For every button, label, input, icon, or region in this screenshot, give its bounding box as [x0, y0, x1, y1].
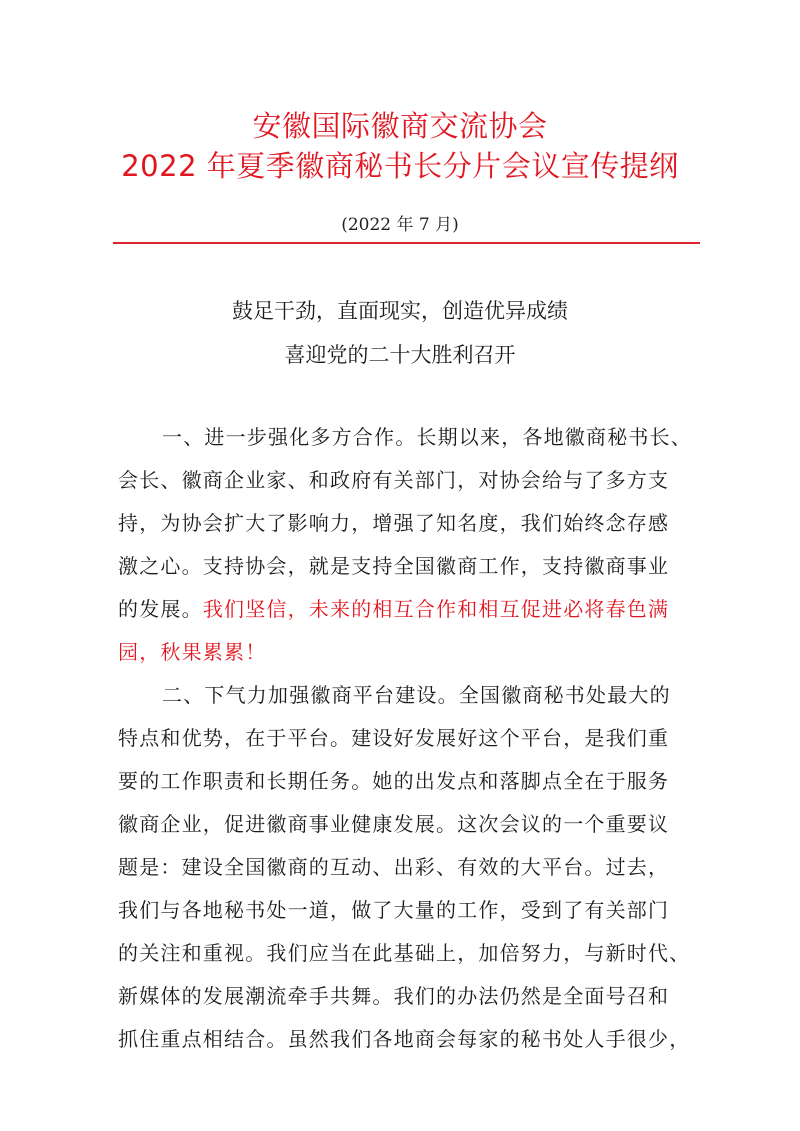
body-text-line: 的发展。我们坚信，未来的相互合作和相互促进必将春色满 [118, 593, 708, 622]
highlighted-text: 园，秋果累累！ [118, 640, 266, 664]
body-text: 会长、徽商企业家、和政府有关部门，对协会给与了多方支 [118, 468, 669, 492]
body-text: 徽商企业，促进徽商事业健康发展。这次会议的一个重要议 [118, 812, 669, 836]
body-text: 的发展。 [118, 597, 203, 621]
body-text: 特点和优势，在于平台。建设好发展好这个平台，是我们重 [118, 726, 669, 750]
body-text-line: 一、进一步强化多方合作。长期以来，各地徽商秘书长、 [162, 421, 752, 450]
body-text: 激之心。支持协会，就是支持全国徽商工作，支持徽商事业 [118, 554, 669, 578]
body-text: 新媒体的发展潮流牵手共舞。我们的办法仍然是全面号召和 [118, 984, 669, 1008]
body-text: 的关注和重视。我们应当在此基础上，加倍努力，与新时代、 [118, 941, 690, 965]
body-text: 我们与各地秘书处一道，做了大量的工作，受到了有关部门 [118, 898, 669, 922]
body-text-line: 会长、徽商企业家、和政府有关部门，对协会给与了多方支 [118, 464, 708, 493]
body-text-line: 特点和优势，在于平台。建设好发展好这个平台，是我们重 [118, 722, 708, 751]
body-text: 题是：建设全国徽商的互动、出彩、有效的大平台。过去， [118, 855, 669, 879]
body-text-line: 我们与各地秘书处一道，做了大量的工作，受到了有关部门 [118, 894, 708, 923]
body-text-line: 园，秋果累累！ [118, 636, 708, 665]
body-text: 持，为协会扩大了影响力，增强了知名度，我们始终念存感 [118, 511, 669, 535]
highlighted-text: 我们坚信，未来的相互合作和相互促进必将春色满 [203, 597, 669, 621]
body-text-line: 抓住重点相结合。虽然我们各地商会每家的秘书处人手很少， [118, 1023, 708, 1052]
body-text-line: 的关注和重视。我们应当在此基础上，加倍努力，与新时代、 [118, 937, 708, 966]
body-text: 要的工作职责和长期任务。她的出发点和落脚点全在于服务 [118, 769, 669, 793]
document-page: 安徽国际徽商交流协会 2022 年夏季徽商秘书长分片会议宣传提纲 (2022 年… [0, 0, 800, 1131]
body-text: 二、下气力加强徽商平台建设。全国徽商秘书处最大的 [162, 683, 671, 707]
red-header-divider [113, 242, 700, 244]
document-title-line-1: 安徽国际徽商交流协会 [0, 104, 800, 145]
body-text-line: 要的工作职责和长期任务。她的出发点和落脚点全在于服务 [118, 765, 708, 794]
subtitle-line-1: 鼓足干劲，直面现实，创造优异成绩 [0, 295, 800, 325]
body-text: 一、进一步强化多方合作。长期以来，各地徽商秘书长、 [162, 425, 692, 449]
subtitle-line-2: 喜迎党的二十大胜利召开 [0, 339, 800, 369]
document-title-line-2: 2022 年夏季徽商秘书长分片会议宣传提纲 [0, 144, 800, 185]
body-text-line: 二、下气力加强徽商平台建设。全国徽商秘书处最大的 [162, 679, 752, 708]
body-text-line: 徽商企业，促进徽商事业健康发展。这次会议的一个重要议 [118, 808, 708, 837]
body-text: 抓住重点相结合。虽然我们各地商会每家的秘书处人手很少， [118, 1027, 690, 1051]
body-text-line: 新媒体的发展潮流牵手共舞。我们的办法仍然是全面号召和 [118, 980, 708, 1009]
body-text-line: 持，为协会扩大了影响力，增强了知名度，我们始终念存感 [118, 507, 708, 536]
body-text-line: 题是：建设全国徽商的互动、出彩、有效的大平台。过去， [118, 851, 708, 880]
document-date: (2022 年 7 月) [0, 210, 800, 235]
body-text-line: 激之心。支持协会，就是支持全国徽商工作，支持徽商事业 [118, 550, 708, 579]
